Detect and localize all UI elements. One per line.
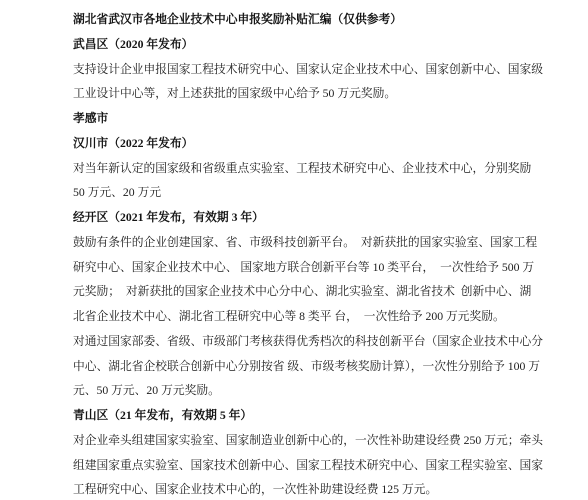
paragraph-jingkaiqu-2-line-3: 元、50 万元、20 万元奖励。 [73,379,565,404]
paragraph-hanchuan-line-1: 对当年新认定的国家级和省级重点实验室、工程技术研究中心、企业技术中心，分别奖励 [73,157,565,182]
paragraph-wuchang-line-1: 支持设计企业申报国家工程技术研究中心、国家认定企业技术中心、国家创新中心、国家级 [73,58,565,83]
paragraph-jingkaiqu-1-line-1: 鼓励有条件的企业创建国家、省、市级科技创新平台。 对新获批的国家实验室、国家工程 [73,231,565,256]
paragraph-jingkaiqu-2-line-1: 对通过国家部委、省级、市级部门考核获得优秀档次的科技创新平台（国家企业技术中心分 [73,330,565,355]
paragraph-wuchang-line-2: 工业设计中心等，对上述获批的国家级中心给予 50 万元奖励。 [73,82,565,107]
paragraph-qingshan-line-2: 组建国家重点实验室、国家技术创新中心、国家工程技术研究中心、国家工程实验室、国家 [73,454,565,479]
section-heading-wuchang-line-1: 武昌区（2020 年发布） [73,33,565,58]
document-title-line-1: 湖北省武汉市各地企业技术中心申报奖励补贴汇编（仅供参考） [73,8,565,33]
section-heading-jingkaiqu-line-1: 经开区（2021 年发布，有效期 3 年） [73,206,565,231]
paragraph-jingkaiqu-1-line-4: 北省企业技术中心、湖北省工程研究中心等 8 类平 台， 一次性给予 200 万元… [73,305,565,330]
document: 湖北省武汉市各地企业技术中心申报奖励补贴汇编（仅供参考）武昌区（2020 年发布… [73,8,565,500]
paragraph-hanchuan-line-2: 50 万元、20 万元 [73,181,565,206]
paragraph-jingkaiqu-1-line-2: 研究中心、国家企业技术中心、 国家地方联合创新平台等 10 类平台， 一次性给予… [73,256,565,281]
paragraph-qingshan-line-1: 对企业牵头组建国家实验室、国家制造业创新中心的，一次性补助建设经费 250 万元… [73,429,565,454]
section-heading-qingshan-line-1: 青山区（21 年发布，有效期 5 年） [73,404,565,429]
section-heading-xiaogan-line-1: 孝感市 [73,107,565,132]
paragraph-qingshan-line-3: 工程研究中心、国家企业技术中心的，一次性补助建设经费 125 万元。 [73,478,565,500]
paragraph-jingkaiqu-1-line-3: 元奖励； 对新获批的国家企业技术中心分中心、湖北实验室、湖北省技术 创新中心、湖 [73,280,565,305]
section-heading-hanchuan-line-1: 汉川市（2022 年发布） [73,132,565,157]
paragraph-jingkaiqu-2-line-2: 中心、湖北省企校联合创新中心分别按省 级、市级考核奖励计算），一次性分别给予 1… [73,355,565,380]
